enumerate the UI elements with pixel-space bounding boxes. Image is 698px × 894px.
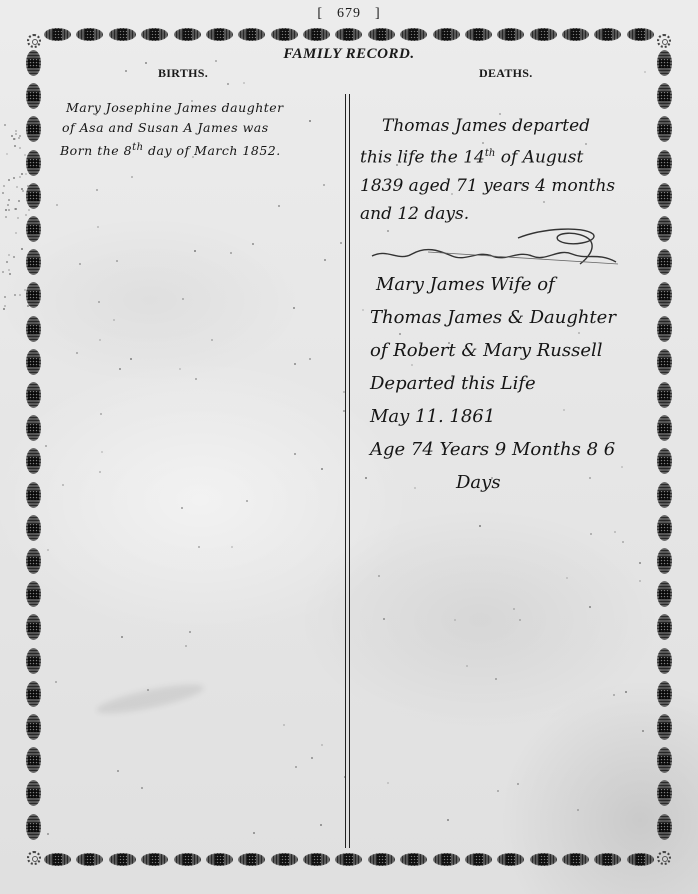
rosette-ornament-icon [335, 28, 362, 41]
ornamental-border-top [44, 28, 654, 42]
rosette-ornament-icon [271, 28, 298, 41]
rosette-ornament-icon [26, 747, 41, 773]
rosette-ornament-icon [26, 415, 41, 441]
rosette-ornament-icon [657, 216, 672, 242]
rosette-ornament-icon [26, 482, 41, 508]
rosette-ornament-icon [657, 548, 672, 574]
rosette-ornament-icon [206, 853, 233, 866]
bracket-open: [ [317, 6, 323, 21]
rosette-ornament-icon [26, 648, 41, 674]
rosette-ornament-icon [26, 448, 41, 474]
rosette-ornament-icon [657, 515, 672, 541]
births-entry: Mary Josephine James daughter of Asa and… [62, 98, 342, 161]
deaths-line: Age 74 Years 9 Months 8 6 [370, 433, 660, 466]
rosette-ornament-icon [26, 316, 41, 342]
rosette-ornament-icon [368, 853, 395, 866]
rosette-ornament-icon [271, 853, 298, 866]
bracket-close: ] [375, 6, 381, 21]
deaths-line: Departed this Life [370, 367, 660, 400]
rosette-ornament-icon [26, 382, 41, 408]
rosette-ornament-icon [433, 28, 460, 41]
deaths-line: Mary James Wife of [370, 268, 660, 301]
rosette-ornament-icon [26, 814, 41, 840]
rosette-ornament-icon [26, 150, 41, 176]
rosette-ornament-icon [627, 28, 654, 41]
rosette-ornament-icon [530, 853, 557, 866]
ornamental-border-left [26, 50, 42, 840]
rosette-ornament-icon [657, 780, 672, 806]
rosette-ornament-icon [109, 28, 136, 41]
rosette-ornament-icon [657, 714, 672, 740]
rosette-ornament-icon [26, 515, 41, 541]
rosette-ornament-icon [335, 853, 362, 866]
rosette-ornament-icon [26, 349, 41, 375]
births-line: of Asa and Susan A James was [62, 118, 342, 138]
rosette-ornament-icon [174, 853, 201, 866]
deaths-line: Thomas James & Daughter [370, 301, 660, 334]
rosette-ornament-icon [594, 853, 621, 866]
rosette-ornament-icon [562, 853, 589, 866]
rosette-ornament-icon [26, 282, 41, 308]
rosette-ornament-icon [44, 28, 71, 41]
rosette-ornament-icon [465, 28, 492, 41]
rosette-ornament-icon [238, 853, 265, 866]
rosette-ornament-icon [141, 853, 168, 866]
rosette-ornament-icon [657, 814, 672, 840]
rosette-ornament-icon [657, 83, 672, 109]
rosette-ornament-icon [26, 581, 41, 607]
rosette-ornament-icon [26, 249, 41, 275]
ornamental-border-bottom [44, 853, 654, 867]
rosette-ornament-icon [76, 853, 103, 866]
flower-corner-icon [27, 851, 41, 865]
rosette-ornament-icon [238, 28, 265, 41]
rosette-ornament-icon [26, 548, 41, 574]
rosette-ornament-icon [303, 28, 330, 41]
rosette-ornament-icon [400, 853, 427, 866]
column-divider [345, 94, 350, 848]
rosette-ornament-icon [497, 853, 524, 866]
rosette-ornament-icon [206, 28, 233, 41]
rosette-ornament-icon [303, 853, 330, 866]
rosette-ornament-icon [657, 116, 672, 142]
rosette-ornament-icon [26, 780, 41, 806]
deaths-line: 1839 aged 71 years 4 months [360, 172, 650, 200]
page-number: [679] [0, 6, 698, 22]
rosette-ornament-icon [594, 28, 621, 41]
rosette-ornament-icon [26, 183, 41, 209]
rosette-ornament-icon [368, 28, 395, 41]
rosette-ornament-icon [627, 853, 654, 866]
rosette-ornament-icon [174, 28, 201, 41]
rosette-ornament-icon [26, 83, 41, 109]
rosette-ornament-icon [657, 648, 672, 674]
rosette-ornament-icon [26, 614, 41, 640]
rosette-ornament-icon [109, 853, 136, 866]
deaths-line: May 11. 1861 [370, 400, 660, 433]
deaths-line: of Robert & Mary Russell [370, 334, 660, 367]
deaths-line: this life the 14th of August [360, 140, 650, 172]
rosette-ornament-icon [657, 681, 672, 707]
rosette-ornament-icon [400, 28, 427, 41]
births-line: Born the 8th day of March 1852. [60, 138, 342, 161]
rosette-ornament-icon [141, 28, 168, 41]
births-heading: BIRTHS. [158, 66, 208, 81]
rosette-ornament-icon [657, 150, 672, 176]
rosette-ornament-icon [26, 681, 41, 707]
rosette-ornament-icon [433, 853, 460, 866]
pen-flourish [368, 222, 638, 272]
rosette-ornament-icon [657, 581, 672, 607]
deaths-heading: DEATHS. [479, 66, 533, 81]
deaths-entry-mary: Mary James Wife of Thomas James & Daught… [370, 268, 660, 499]
rosette-ornament-icon [657, 183, 672, 209]
rosette-ornament-icon [497, 28, 524, 41]
deaths-line: Days [370, 466, 660, 499]
rosette-ornament-icon [76, 28, 103, 41]
rosette-ornament-icon [530, 28, 557, 41]
rosette-ornament-icon [26, 116, 41, 142]
rosette-ornament-icon [657, 614, 672, 640]
births-line: Mary Josephine James daughter [62, 98, 342, 118]
deaths-line: Thomas James departed [360, 112, 650, 140]
rosette-ornament-icon [26, 216, 41, 242]
page-number-value: 679 [337, 6, 361, 21]
record-title: FAMILY RECORD. [0, 46, 698, 63]
rosette-ornament-icon [465, 853, 492, 866]
rosette-ornament-icon [26, 714, 41, 740]
rosette-ornament-icon [657, 747, 672, 773]
deaths-entry-thomas: Thomas James departed this life the 14th… [360, 112, 650, 228]
rosette-ornament-icon [44, 853, 71, 866]
rosette-ornament-icon [562, 28, 589, 41]
flower-corner-icon [657, 851, 671, 865]
